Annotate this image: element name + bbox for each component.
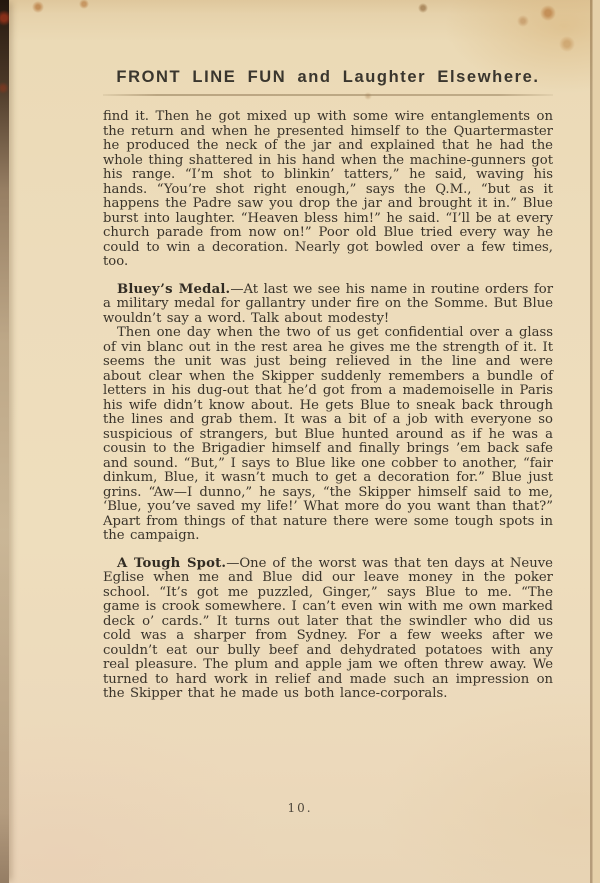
paragraph-heading: A Tough Spot. xyxy=(117,556,226,571)
page-number: 10. xyxy=(0,801,600,815)
page-content: FRONT LINE FUN and Laughter Elsewhere. f… xyxy=(103,68,553,702)
page-edge-left xyxy=(0,0,9,883)
page-edge-right xyxy=(590,0,600,883)
header-rule xyxy=(103,94,553,96)
running-head-title: FRONT LINE FUN and Laughter Elsewhere. xyxy=(103,68,553,87)
paragraph-heading: Bluey’s Medal. xyxy=(117,282,230,297)
paragraph: find it. Then he got mixed up with some … xyxy=(103,110,553,270)
paragraph: Bluey’s Medal.—At last we see his name i… xyxy=(103,283,553,327)
paragraph: Then one day when the two of us get conf… xyxy=(103,326,553,544)
body-text: find it. Then he got mixed up with some … xyxy=(103,110,553,702)
book-page-scan: FRONT LINE FUN and Laughter Elsewhere. f… xyxy=(0,0,600,883)
paragraph: A Tough Spot.—One of the worst was that … xyxy=(103,557,553,702)
